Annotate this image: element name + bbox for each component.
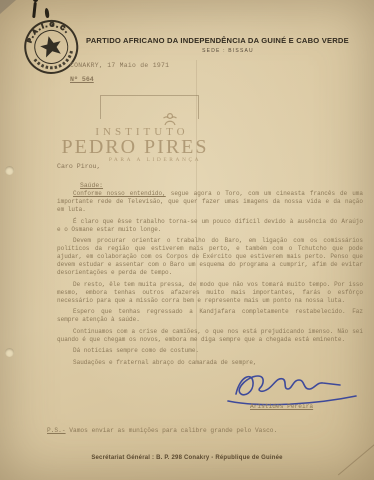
hole-punch — [5, 166, 14, 175]
dateline: CONAKRY, 17 Maio de 1971 — [70, 62, 169, 69]
letter-paragraph: Continuamos com a crise de camiões, o qu… — [57, 328, 363, 344]
signature-typed-name: Aristides Pereira — [250, 403, 313, 410]
letter-paragraph: De resto, êle tem muita pressa, de modo … — [57, 281, 363, 305]
postscript-label: P.S.- — [47, 427, 66, 434]
scanned-letter-page: P.A.I.G.C. PARTIDO AFRICANO DA INDEPENDÊ… — [0, 0, 374, 480]
faint-pencil-box — [100, 95, 199, 119]
archive-watermark: INSTITUTO PEDRO PIRES PARA A LIDERANÇA — [60, 112, 280, 164]
footer-address: Secrétariat Général : B. P. 298 Conakry … — [0, 455, 374, 461]
paigc-stamp-icon: P.A.I.G.C. — [9, 6, 92, 85]
seat-line: SEDE : BISSAU — [86, 48, 370, 54]
paragraph-lead-underlined: Conforme nosso entendido, — [73, 190, 166, 197]
party-name-title: PARTIDO AFRICANO DA INDEPENDÊNCIA DA GUI… — [86, 36, 370, 45]
reference-number: Nº 564 — [70, 76, 94, 83]
letter-paragraph: Devem procurar orientar o trabalho do Ba… — [57, 237, 363, 277]
hole-punch — [5, 348, 14, 357]
postscript: P.S.- Vamos enviar as munições para cali… — [47, 427, 367, 434]
letter-paragraph: Conforme nosso entendido, segue agora o … — [57, 190, 363, 214]
fold-crease — [338, 430, 374, 476]
letter-paragraph: Espero que tenhas regressado a Kandjafar… — [57, 308, 363, 324]
greeting: Saúde: — [80, 182, 103, 189]
watermark-line2: PEDRO PIRES — [0, 138, 280, 157]
letter-paragraph: Dá notícias sempre como de costume. — [57, 347, 363, 355]
letter-body: Conforme nosso entendido, segue agora o … — [57, 190, 363, 370]
watermark-line1: INSTITUTO — [4, 127, 280, 138]
letter-paragraph: É claro que êsse trabalho torna-se um po… — [57, 218, 363, 234]
postscript-text: Vamos enviar as munições para calibre gr… — [66, 427, 278, 434]
scan-corner-shadow — [0, 0, 16, 14]
salutation: Caro Pirou, — [57, 163, 101, 170]
closing-line: Saudações e fraternal abraço do camarada… — [57, 359, 363, 367]
